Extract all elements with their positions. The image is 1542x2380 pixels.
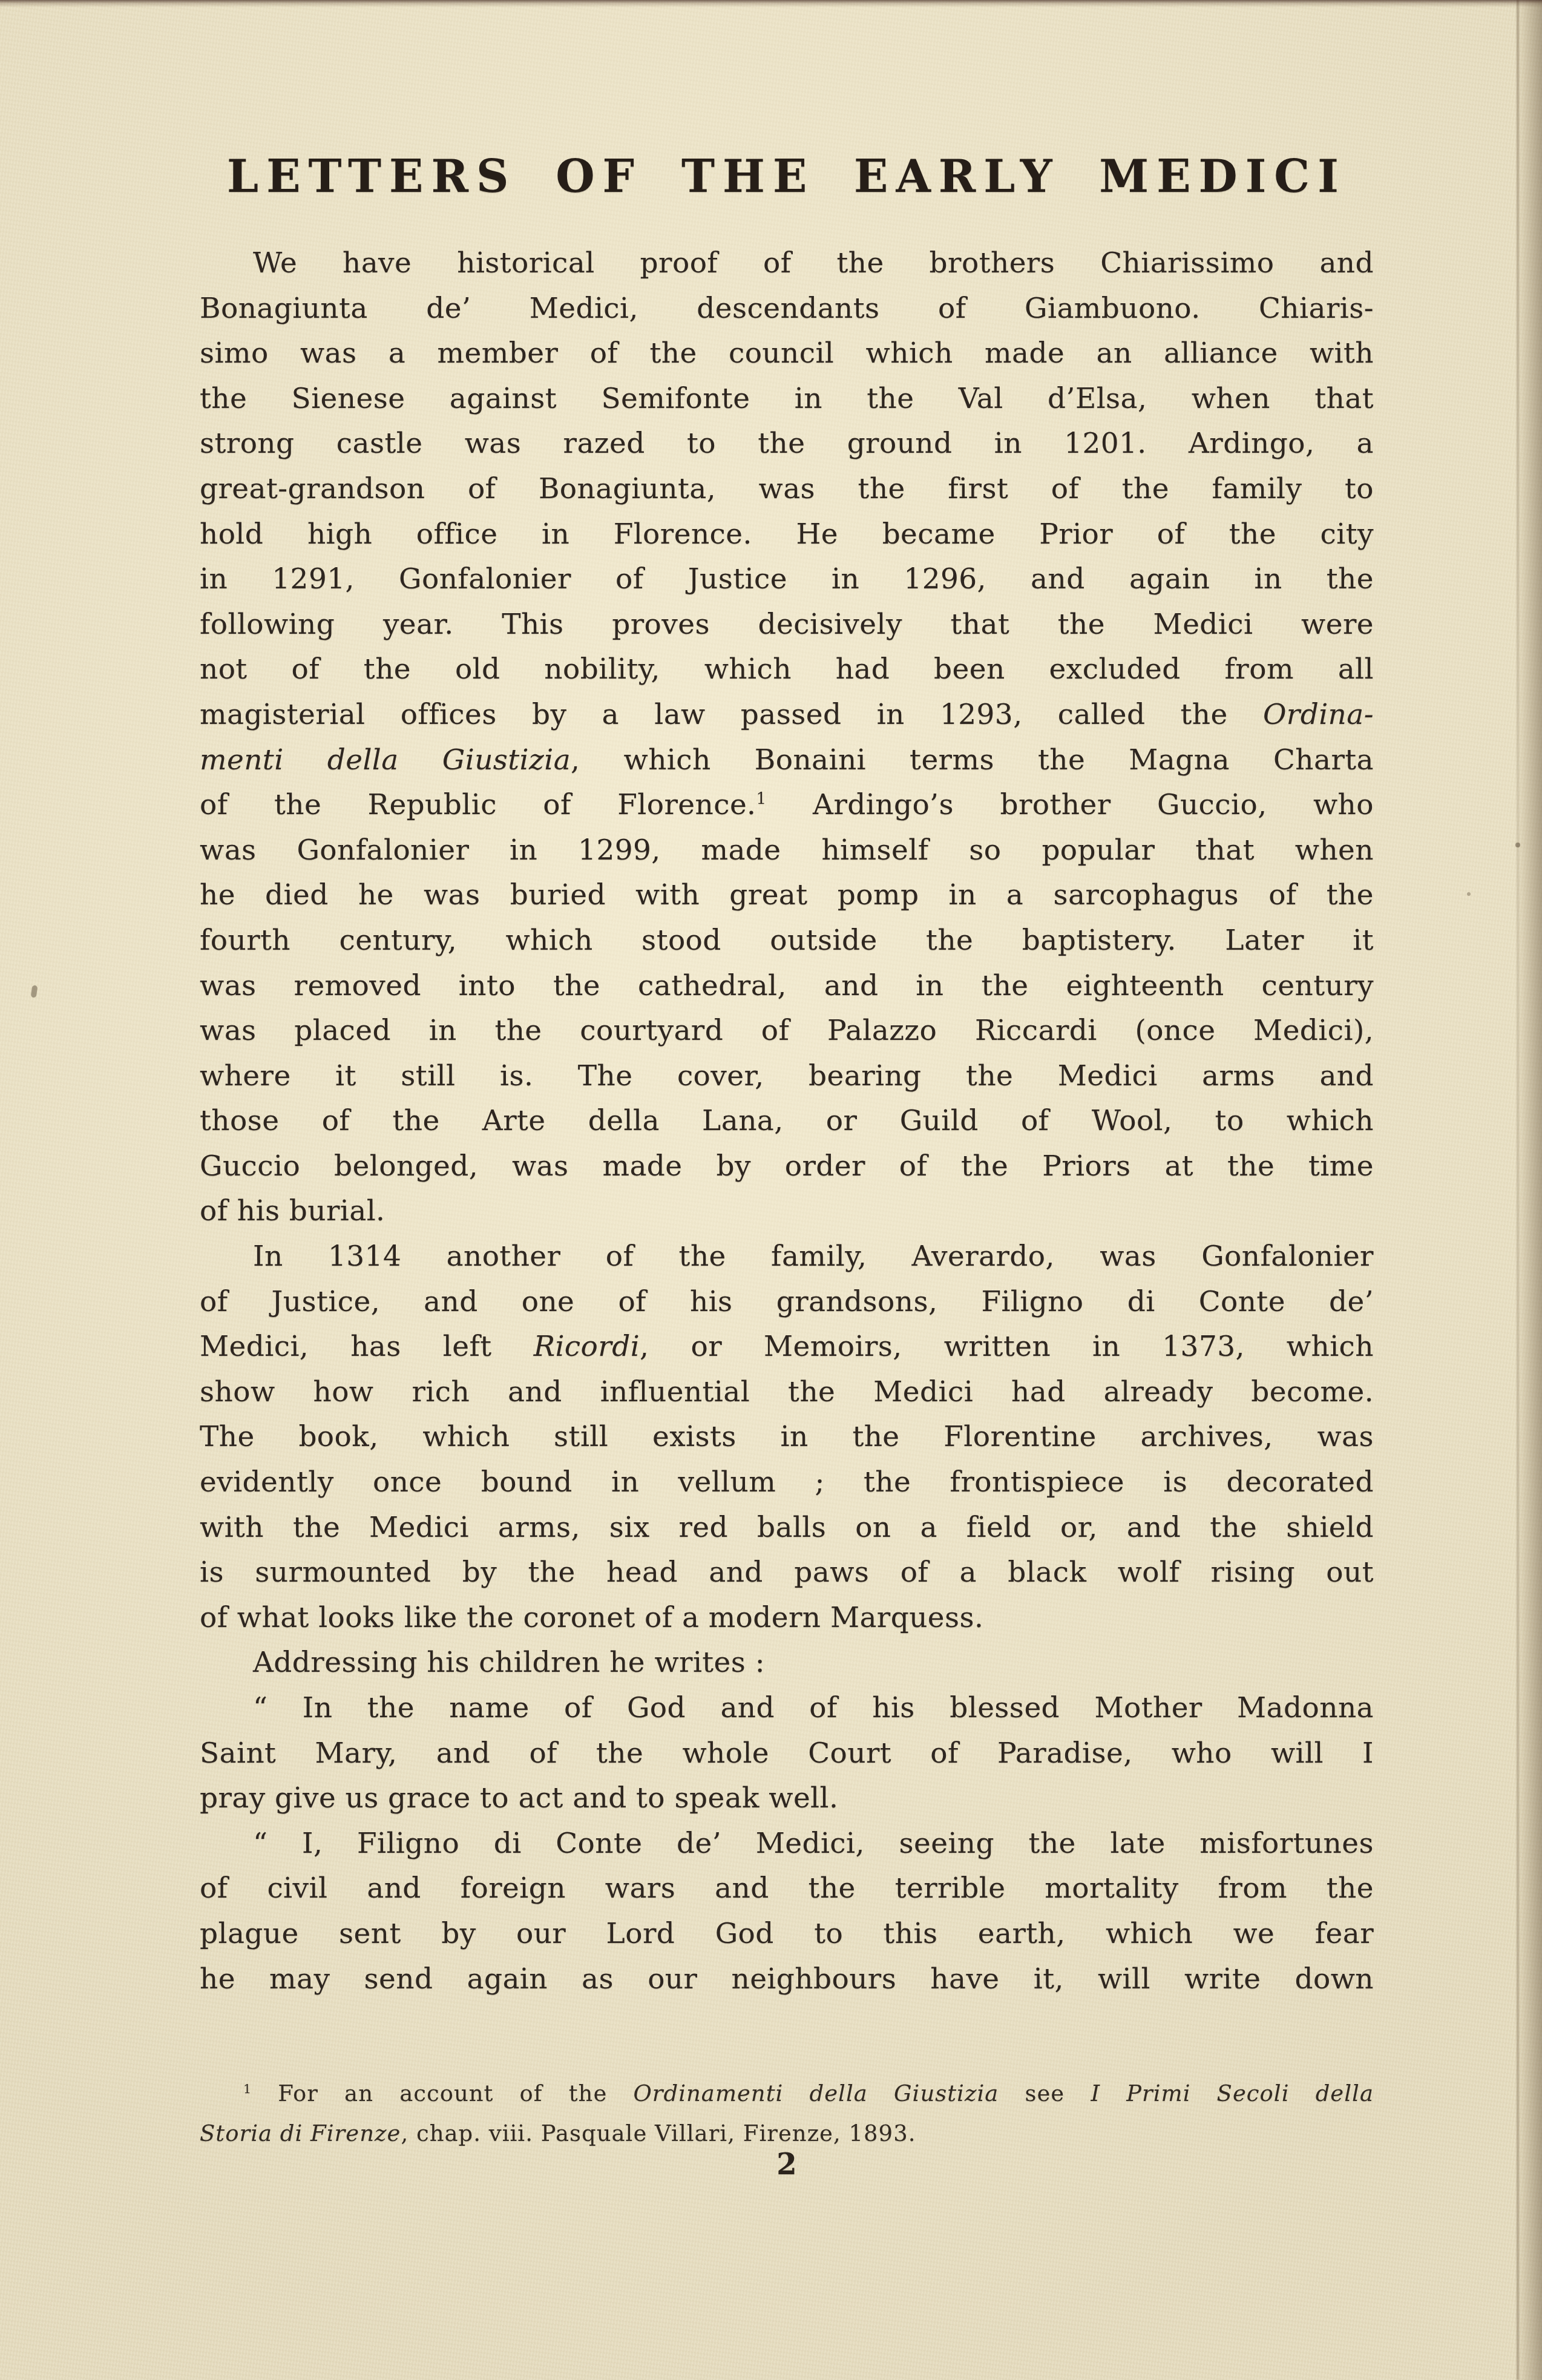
text-line: simo was a member of the council which m…: [200, 331, 1374, 376]
text-line: is surmounted by the head and paws of a …: [200, 1550, 1374, 1596]
text-line: show how rich and influential the Medici…: [200, 1370, 1374, 1415]
text-segment: not of the old nobility, which had been …: [200, 653, 1374, 686]
text-line: where it still is. The cover, bearing th…: [200, 1054, 1374, 1099]
text-segment: , chap. viii. Pasquale Villari, Firenze,…: [401, 2120, 916, 2146]
text-segment: he died he was buried with great pomp in…: [200, 878, 1374, 912]
text-line: Addressing his children he writes :: [200, 1640, 1374, 1686]
text-line: following year. This proves decisively t…: [200, 602, 1374, 648]
footnote-reference: 1: [243, 2082, 252, 2096]
text-line: “ I, Filigno di Conte de’ Medici, seeing…: [200, 1821, 1374, 1867]
right-scan-edge: [1517, 0, 1542, 2380]
text-segment: see: [999, 2080, 1091, 2106]
text-segment: simo was a member of the council which m…: [200, 337, 1374, 370]
paper-speck: [31, 985, 38, 998]
text-line: “ In the name of God and of his blessed …: [200, 1686, 1374, 1731]
text-line: of what looks like the coronet of a mode…: [200, 1596, 1374, 1641]
text-line: great-grandson of Bonagiunta, was the fi…: [200, 467, 1374, 512]
top-scan-edge: [0, 0, 1542, 7]
text-line: The book, which still exists in the Flor…: [200, 1415, 1374, 1460]
text-segment: fourth century, which stood outside the …: [200, 924, 1374, 957]
text-line: evidently once bound in vellum ; the fro…: [200, 1460, 1374, 1505]
text-segment: Ordinamenti della Giustizia: [633, 2080, 999, 2106]
text-line: was Gonfalonier in 1299, made himself so…: [200, 828, 1374, 873]
text-segment: Ordina-: [1263, 698, 1374, 731]
text-segment: pray give us grace to act and to speak w…: [200, 1781, 838, 1815]
paragraph: We have historical proof of the brothers…: [200, 241, 1374, 1234]
footnote-reference: 1: [756, 790, 766, 808]
footnote: 1 For an account of the Ordinamenti dell…: [200, 2074, 1374, 2154]
text-segment: of civil and foreign wars and the terrib…: [200, 1872, 1374, 1905]
text-segment: those of the Arte della Lana, or Guild o…: [200, 1104, 1374, 1137]
paragraph: In 1314 another of the family, Averardo,…: [200, 1234, 1374, 1640]
body-text: We have historical proof of the brothers…: [200, 241, 1374, 2002]
text-segment: of Justice, and one of his grandsons, Fi…: [200, 1285, 1374, 1318]
text-segment: Ardingo’s brother Guccio, who: [767, 788, 1374, 821]
scanned-book-page: LETTERS OF THE EARLY MEDICI We have hist…: [0, 0, 1542, 2380]
page-title: LETTERS OF THE EARLY MEDICI: [200, 153, 1374, 201]
text-segment: plague sent by our Lord God to this eart…: [200, 1917, 1374, 1950]
text-segment: where it still is. The cover, bearing th…: [200, 1059, 1374, 1093]
text-segment: was Gonfalonier in 1299, made himself so…: [200, 833, 1374, 867]
text-segment: Medici, has left: [200, 1330, 534, 1363]
text-line: Saint Mary, and of the whole Court of Pa…: [200, 1731, 1374, 1777]
text-segment: Saint Mary, and of the whole Court of Pa…: [200, 1737, 1374, 1770]
text-segment: strong castle was razed to the ground in…: [200, 427, 1374, 460]
text-segment: evidently once bound in vellum ; the fro…: [200, 1465, 1374, 1499]
text-segment: Addressing his children he writes :: [253, 1646, 765, 1679]
text-segment: “ I, Filigno di Conte de’ Medici, seeing…: [253, 1827, 1374, 1860]
text-segment: with the Medici arms, six red balls on a…: [200, 1511, 1374, 1544]
text-segment: is surmounted by the head and paws of a …: [200, 1556, 1374, 1589]
text-line: was placed in the courtyard of Palazzo R…: [200, 1008, 1374, 1054]
text-segment: following year. This proves decisively t…: [200, 608, 1374, 641]
text-line: he died he was buried with great pomp in…: [200, 873, 1374, 918]
text-line: with the Medici arms, six red balls on a…: [200, 1505, 1374, 1551]
paper-speck: [1515, 843, 1520, 847]
text-line: those of the Arte della Lana, or Guild o…: [200, 1099, 1374, 1144]
text-segment: Bonagiunta de’ Medici, descendants of Gi…: [200, 292, 1374, 325]
paragraph: “ In the name of God and of his blessed …: [200, 1686, 1374, 1821]
text-segment: he may send again as our neighbours have…: [200, 1962, 1374, 1996]
text-line: magisterial offices by a law passed in 1…: [200, 692, 1374, 738]
text-line: of his burial.: [200, 1189, 1374, 1234]
text-segment: , or Memoirs, written in 1373, which: [640, 1330, 1374, 1363]
paragraph: “ I, Filigno di Conte de’ Medici, seeing…: [200, 1821, 1374, 2002]
text-segment: show how rich and influential the Medici…: [200, 1375, 1374, 1409]
text-line: We have historical proof of the brothers…: [200, 241, 1374, 286]
text-line: In 1314 another of the family, Averardo,…: [200, 1234, 1374, 1280]
page-number: 2: [200, 2148, 1374, 2181]
text-segment: “ In the name of God and of his blessed …: [253, 1691, 1374, 1724]
text-segment: was placed in the courtyard of Palazzo R…: [200, 1014, 1374, 1047]
text-segment: Ricordi: [534, 1330, 640, 1363]
text-segment: Storia di Firenze: [200, 2120, 401, 2146]
text-segment: In 1314 another of the family, Averardo,…: [253, 1240, 1374, 1273]
text-line: Bonagiunta de’ Medici, descendants of Gi…: [200, 286, 1374, 332]
text-segment: in 1291, Gonfalonier of Justice in 1296,…: [200, 562, 1374, 596]
text-segment: I Primi Secoli della: [1091, 2080, 1374, 2106]
text-line: was removed into the cathedral, and in t…: [200, 964, 1374, 1009]
text-segment: Guccio belonged, was made by order of th…: [200, 1149, 1374, 1183]
text-segment: For an account of the: [252, 2080, 633, 2106]
text-line: in 1291, Gonfalonier of Justice in 1296,…: [200, 557, 1374, 602]
text-line: pray give us grace to act and to speak w…: [200, 1776, 1374, 1821]
text-line: not of the old nobility, which had been …: [200, 647, 1374, 692]
text-line: menti della Giustizia, which Bonaini ter…: [200, 738, 1374, 783]
text-line: the Sienese against Semifonte in the Val…: [200, 376, 1374, 422]
text-line: he may send again as our neighbours have…: [200, 1957, 1374, 2002]
text-segment: of the Republic of Florence.: [200, 788, 756, 821]
paper-speck: [1467, 892, 1471, 896]
text-line: of civil and foreign wars and the terrib…: [200, 1866, 1374, 1912]
text-segment: hold high office in Florence. He became …: [200, 518, 1374, 551]
text-line: plague sent by our Lord God to this eart…: [200, 1912, 1374, 1957]
text-line: fourth century, which stood outside the …: [200, 918, 1374, 964]
footnote-line: 1 For an account of the Ordinamenti dell…: [200, 2074, 1374, 2114]
text-segment: menti della Giustizia: [200, 743, 571, 777]
text-line: Medici, has left Ricordi, or Memoirs, wr…: [200, 1324, 1374, 1370]
text-line: of Justice, and one of his grandsons, Fi…: [200, 1280, 1374, 1325]
text-segment: The book, which still exists in the Flor…: [200, 1420, 1374, 1453]
text-line: Guccio belonged, was made by order of th…: [200, 1144, 1374, 1189]
text-line: of the Republic of Florence.1 Ardingo’s …: [200, 783, 1374, 828]
text-line: strong castle was razed to the ground in…: [200, 421, 1374, 467]
text-segment: We have historical proof of the brothers…: [253, 246, 1374, 280]
text-segment: of what looks like the coronet of a mode…: [200, 1601, 983, 1634]
paragraph: Addressing his children he writes :: [200, 1640, 1374, 1686]
text-segment: the Sienese against Semifonte in the Val…: [200, 382, 1374, 415]
text-segment: of his burial.: [200, 1194, 385, 1228]
text-segment: great-grandson of Bonagiunta, was the fi…: [200, 472, 1374, 505]
text-line: hold high office in Florence. He became …: [200, 512, 1374, 557]
text-segment: magisterial offices by a law passed in 1…: [200, 698, 1263, 731]
text-segment: was removed into the cathedral, and in t…: [200, 969, 1374, 1002]
text-segment: , which Bonaini terms the Magna Charta: [571, 743, 1374, 777]
